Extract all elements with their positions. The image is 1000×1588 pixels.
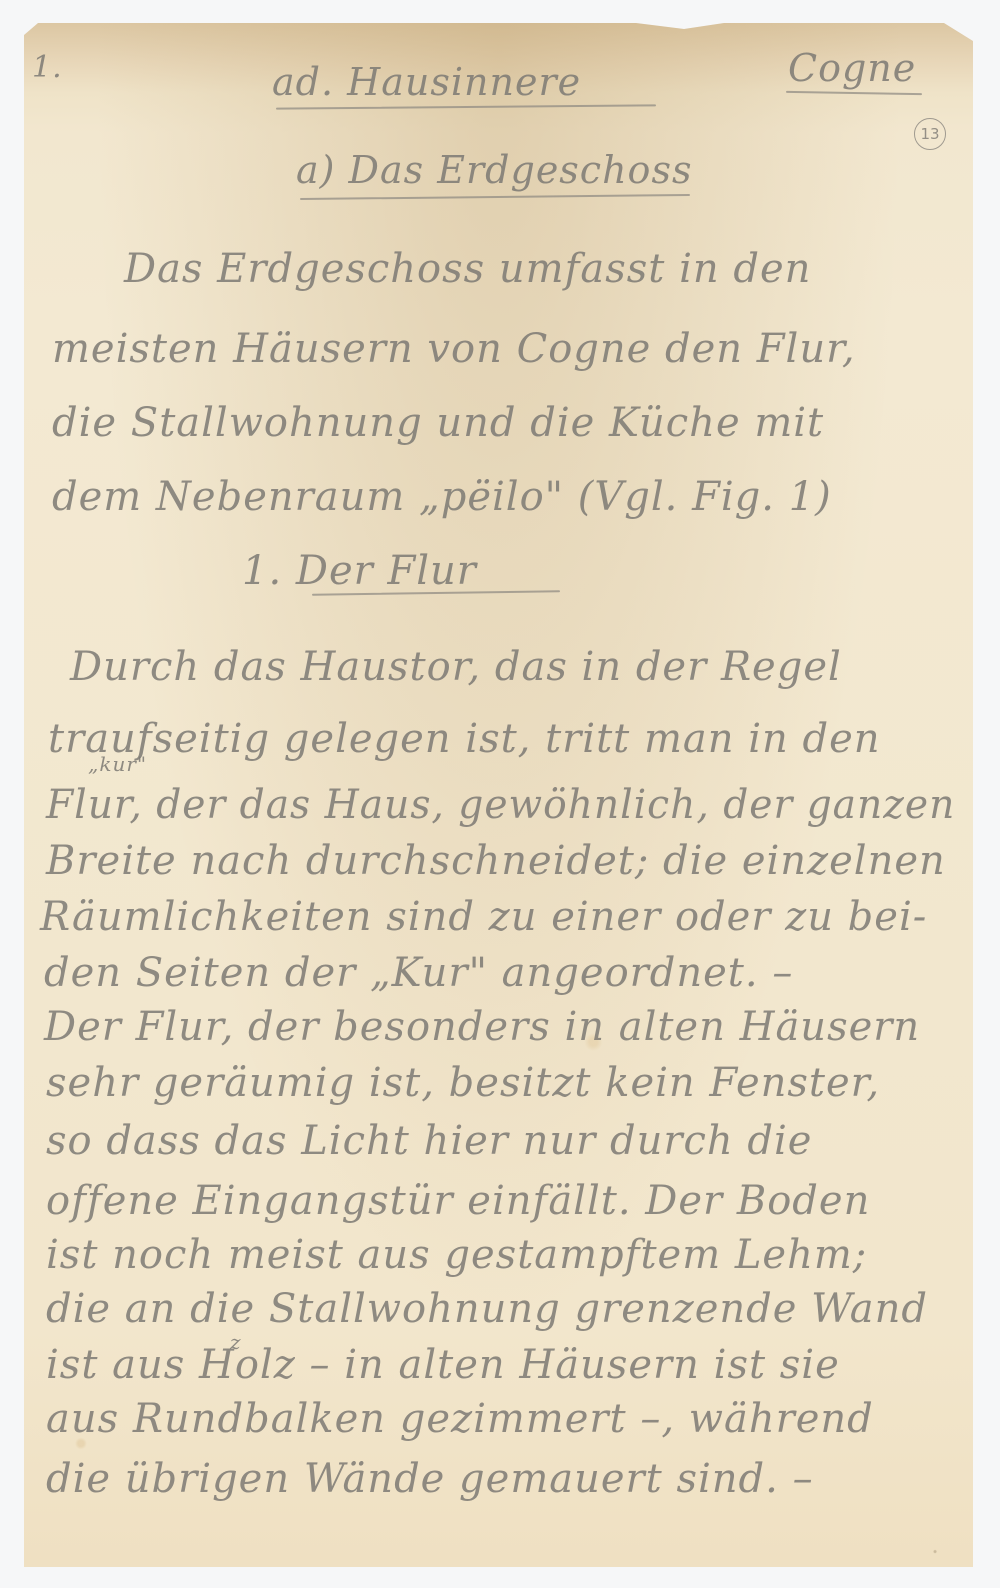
folio-number-circled: 13 — [914, 118, 946, 150]
subtitle: a) Das Erdgeschoss — [296, 148, 692, 192]
body-line: Durch das Haustor, das in der Regel — [70, 644, 842, 690]
body-line: offene Eingangstür einfällt. Der Boden — [46, 1178, 870, 1224]
place-name: Cogne — [788, 46, 916, 90]
insertion-mark: z — [230, 1330, 242, 1354]
body-line: traufseitig gelegen ist, tritt man in de… — [48, 716, 881, 762]
section-heading: 1. Der Flur — [242, 548, 477, 594]
body-line: Der Flur, der besonders in alten Häusern — [44, 1004, 920, 1050]
intro-line: dem Nebenraum „pëilo" (Vgl. Fig. 1) — [52, 474, 832, 520]
body-line: ist aus Holz – in alten Häusern ist sie — [46, 1342, 840, 1388]
intro-line: Das Erdgeschoss umfasst in den — [124, 246, 811, 292]
body-line: ist noch meist aus gestampftem Lehm; — [46, 1232, 867, 1278]
body-line: Räumlichkeiten sind zu einer oder zu bei… — [40, 894, 927, 940]
body-line: die übrigen Wände gemauert sind. – — [46, 1456, 814, 1502]
intro-line: die Stallwohnung und die Küche mit — [52, 400, 824, 446]
page-title: ad. Hausinnere — [272, 60, 581, 104]
body-line: Breite nach durchschneidet; die einzelne… — [46, 838, 946, 884]
body-line: den Seiten der „Kur" angeordnet. – — [44, 950, 793, 996]
intro-line: meisten Häusern von Cogne den Flur, — [52, 326, 856, 372]
scan-background: 1. ad. Hausinnere Cogne 13 a) Das Erdges… — [0, 0, 1000, 1588]
body-line: aus Rundbalken gezimmert –, während — [46, 1396, 874, 1442]
body-line: Flur, der das Haus, gewöhnlich, der ganz… — [46, 782, 955, 828]
body-line: die an die Stallwohnung grenzende Wand — [46, 1286, 928, 1332]
interlinear-insertion: „kur" — [88, 752, 147, 776]
page-number: 1. — [32, 50, 63, 85]
body-line: sehr geräumig ist, besitzt kein Fenster, — [46, 1060, 880, 1106]
body-line: so dass das Licht hier nur durch die — [46, 1118, 812, 1164]
